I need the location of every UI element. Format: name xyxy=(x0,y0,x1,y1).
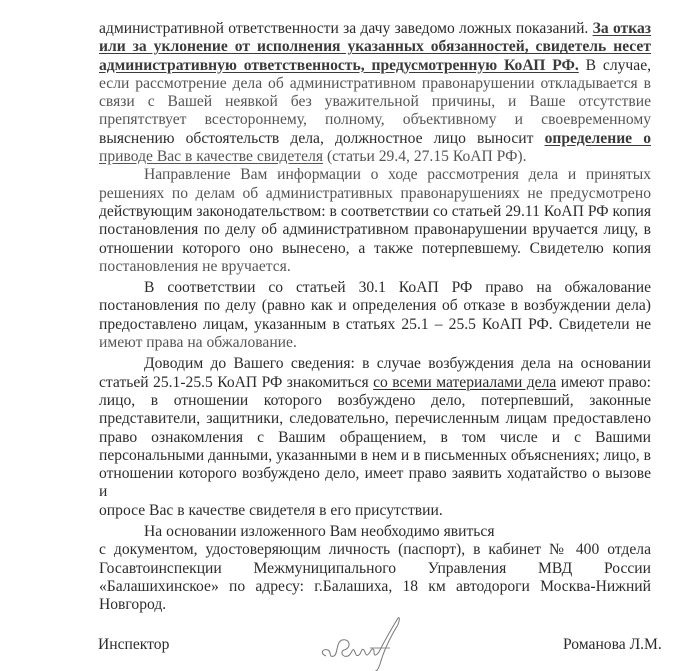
document-body: административной ответственности за дачу… xyxy=(99,20,651,615)
text-line: постановления по делу об административно… xyxy=(99,221,651,239)
underlined-text: или за уклонение от исполнения указанных… xyxy=(99,38,651,55)
text-line: представители, защитники, следовательно,… xyxy=(99,410,651,428)
text-line: персональными данными, указанными в нем … xyxy=(99,447,651,465)
text-line: лицо, в отношении которого возбуждено де… xyxy=(99,392,651,410)
text-line: приводе Вас в качестве свидетеля (статьи… xyxy=(99,148,651,166)
text-segment: лицо, в отношении которого возбуждено де… xyxy=(99,392,651,409)
text-segment: В соответствии со статьей 30.1 КоАП РФ п… xyxy=(144,279,651,296)
text-segment: административной ответственности за дачу… xyxy=(99,20,593,37)
text-line: На основании изложенного Вам необходимо … xyxy=(99,523,651,541)
text-segment: выяснению обстоятельств дела, должностно… xyxy=(99,130,545,147)
text-segment: Новгород. xyxy=(99,596,166,613)
underlined-text: За отказ xyxy=(593,20,651,37)
text-segment: связи с Вашей неявкой без уважительной п… xyxy=(99,93,651,110)
text-line: постановления по делу (равно как и опред… xyxy=(99,297,651,315)
text-segment: персональными данными, указанными в нем … xyxy=(99,447,651,464)
text-segment: «Балашихинское» по адресу: г.Балашиха, 1… xyxy=(99,578,651,595)
text-segment: действующим законодательством: в соответ… xyxy=(99,203,651,220)
text-segment: имеют право: xyxy=(556,374,651,391)
underlined-text: со всеми материалами дела xyxy=(373,374,556,391)
signer-position: Инспектор xyxy=(98,636,169,654)
text-segment: имеют права на обжалование. xyxy=(99,334,297,351)
text-line: препятствует всестороннему, полному, объ… xyxy=(99,111,651,129)
text-line: Направление Вам информации о ходе рассмо… xyxy=(99,166,651,184)
text-line: отношении которого оно вынесено, а также… xyxy=(99,240,651,258)
text-segment: право ознакомления с Вашим обращением, в… xyxy=(99,429,651,446)
text-line: право ознакомления с Вашим обращением, в… xyxy=(99,429,651,447)
text-line: Доводим до Вашего сведения: в случае воз… xyxy=(99,355,651,373)
text-segment: Госавтоинспекции Межмуниципального Управ… xyxy=(99,560,651,577)
text-line: отношении которого возбуждено дело, имее… xyxy=(99,465,651,502)
text-line: статьей 25.1-25.5 КоАП РФ знакомиться со… xyxy=(99,374,651,392)
text-segment: предоставлено лицам, указанным в статьях… xyxy=(99,316,651,333)
text-segment: представители, защитники, следовательно,… xyxy=(99,410,651,427)
text-line: административную ответственность, предус… xyxy=(99,57,651,75)
text-line: постановления не вручается. xyxy=(99,258,651,276)
text-line: связи с Вашей неявкой без уважительной п… xyxy=(99,93,651,111)
text-segment: отношении которого возбуждено дело, имее… xyxy=(99,465,651,500)
underlined-text: административную ответственность, предус… xyxy=(99,57,579,74)
text-segment: В случае, xyxy=(579,57,651,74)
text-line: административной ответственности за дачу… xyxy=(99,20,651,38)
text-line: Госавтоинспекции Межмуниципального Управ… xyxy=(99,560,651,578)
text-line: с документом, удостоверяющим личность (п… xyxy=(99,541,651,559)
underlined-text: определение о xyxy=(545,130,651,147)
text-segment: отношении которого оно вынесено, а также… xyxy=(99,240,651,257)
text-segment: На основании изложенного Вам необходимо … xyxy=(144,523,495,540)
signature-block: Инспектор Романова Л.М. xyxy=(0,636,700,666)
text-line: опросе Вас в качестве свидетеля в его пр… xyxy=(99,502,651,520)
text-segment: постановления не вручается. xyxy=(99,258,291,275)
text-line: или за уклонение от исполнения указанных… xyxy=(99,38,651,56)
text-segment: с документом, удостоверяющим личность (п… xyxy=(99,541,651,558)
text-line: выяснению обстоятельств дела, должностно… xyxy=(99,130,651,148)
text-line: если рассмотрение дела об административн… xyxy=(99,75,651,93)
text-line: «Балашихинское» по адресу: г.Балашиха, 1… xyxy=(99,578,651,596)
text-line: решениях по делам об административных пр… xyxy=(99,185,651,203)
handwritten-signature-icon xyxy=(318,614,408,671)
text-segment: Направление Вам информации о ходе рассмо… xyxy=(144,166,651,183)
text-segment: статьей 25.1-25.5 КоАП РФ знакомиться xyxy=(99,374,373,391)
text-segment: решениях по делам об административных пр… xyxy=(99,185,651,202)
text-segment: если рассмотрение дела об административн… xyxy=(99,75,651,92)
underlined-text: приводе Вас в качестве свидетеля xyxy=(99,148,323,165)
text-line: имеют права на обжалование. xyxy=(99,334,651,352)
signer-name: Романова Л.М. xyxy=(563,636,662,654)
text-line: предоставлено лицам, указанным в статьях… xyxy=(99,316,651,334)
text-segment: постановления по делу об административно… xyxy=(99,221,651,238)
text-segment: Доводим до Вашего сведения: в случае воз… xyxy=(144,355,651,372)
text-segment: постановления по делу (равно как и опред… xyxy=(99,297,651,314)
text-line: действующим законодательством: в соответ… xyxy=(99,203,651,221)
text-segment: опросе Вас в качестве свидетеля в его пр… xyxy=(99,502,443,519)
text-segment: (статьи 29.4, 27.15 КоАП РФ). xyxy=(323,148,526,165)
text-line: Новгород. xyxy=(99,596,651,614)
text-line: В соответствии со статьей 30.1 КоАП РФ п… xyxy=(99,279,651,297)
text-segment: препятствует всестороннему, полному, объ… xyxy=(99,111,651,128)
